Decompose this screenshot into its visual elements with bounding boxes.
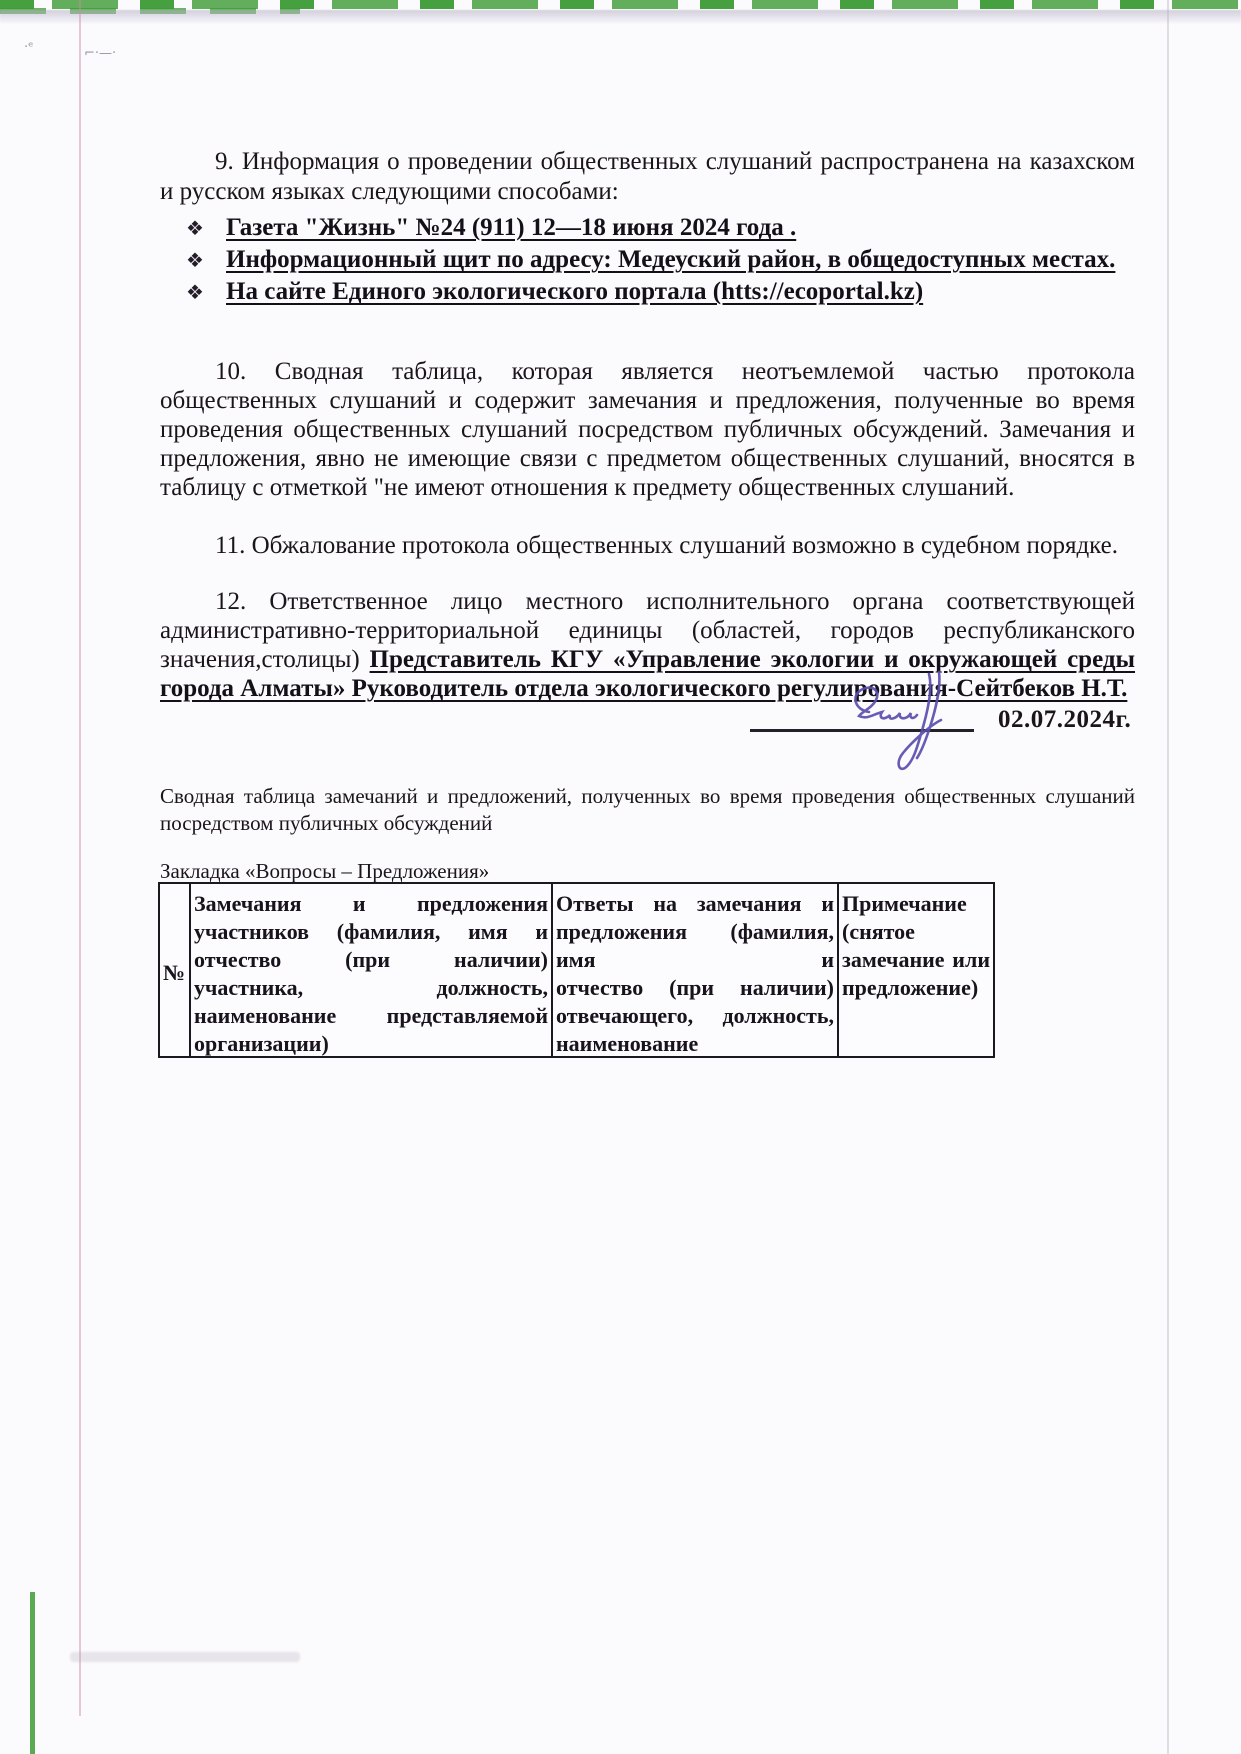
table-header-note: Примечание (снятое замечание или предлож… bbox=[839, 884, 993, 1056]
pencil-mark: ·ᵉ bbox=[24, 40, 34, 55]
paragraph-9: 9. Информация о проведении общественных … bbox=[160, 147, 1135, 207]
bookmark-line: Закладка «Вопросы – Предложения» bbox=[160, 859, 489, 884]
signature-date: 02.07.2024г. bbox=[998, 706, 1131, 734]
list-item: ❖ Информационный щит по адресу: Медеуски… bbox=[186, 244, 1136, 275]
bullet-ecoportal-link: На сайте Единого экологического портала … bbox=[226, 278, 923, 305]
paragraph-10: 10. Сводная таблица, которая является не… bbox=[160, 357, 1135, 502]
paragraph-11: 11. Обжалование протокола общественных с… bbox=[160, 531, 1135, 560]
page-fold-line-right bbox=[1167, 0, 1169, 1754]
table-header-answers: Ответы на замечания и предложения (фамил… bbox=[553, 884, 839, 1056]
bullet-newspaper: Газета "Жизнь" №24 (911) 12—18 июня 2024… bbox=[226, 214, 796, 241]
diamond-bullet-icon: ❖ bbox=[186, 277, 204, 308]
list-item: ❖ На сайте Единого экологического портал… bbox=[186, 276, 1136, 307]
table-header-number: № bbox=[160, 884, 191, 1056]
scanned-document-page: ·ᵉ ⌐·—· 9. Информация о проведении общес… bbox=[0, 0, 1241, 1754]
diamond-bullet-icon: ❖ bbox=[186, 245, 204, 276]
summary-table: № Замечания и предложения участников (фа… bbox=[158, 882, 995, 1058]
bullet-information-board: Информационный щит по адресу: Медеуский … bbox=[226, 246, 1115, 273]
summary-table-note: Сводная таблица замечаний и предложений,… bbox=[160, 783, 1135, 837]
paragraph-12: 12. Ответственное лицо местного исполнит… bbox=[160, 587, 1135, 703]
scan-smudge bbox=[70, 1652, 300, 1662]
table-header-remarks: Замечания и предложения участников (фами… bbox=[191, 884, 553, 1056]
pencil-mark: ⌐·—· bbox=[84, 46, 116, 61]
list-item: ❖ Газета "Жизнь" №24 (911) 12—18 июня 20… bbox=[186, 212, 1136, 243]
page-fold-line-left bbox=[79, 0, 81, 1716]
scan-gray-band bbox=[0, 10, 1241, 24]
scan-green-dash-bottom-left bbox=[30, 1592, 35, 1754]
handwritten-signature bbox=[843, 664, 973, 776]
distribution-methods-list: ❖ Газета "Жизнь" №24 (911) 12—18 июня 20… bbox=[186, 212, 1136, 308]
diamond-bullet-icon: ❖ bbox=[186, 213, 204, 244]
